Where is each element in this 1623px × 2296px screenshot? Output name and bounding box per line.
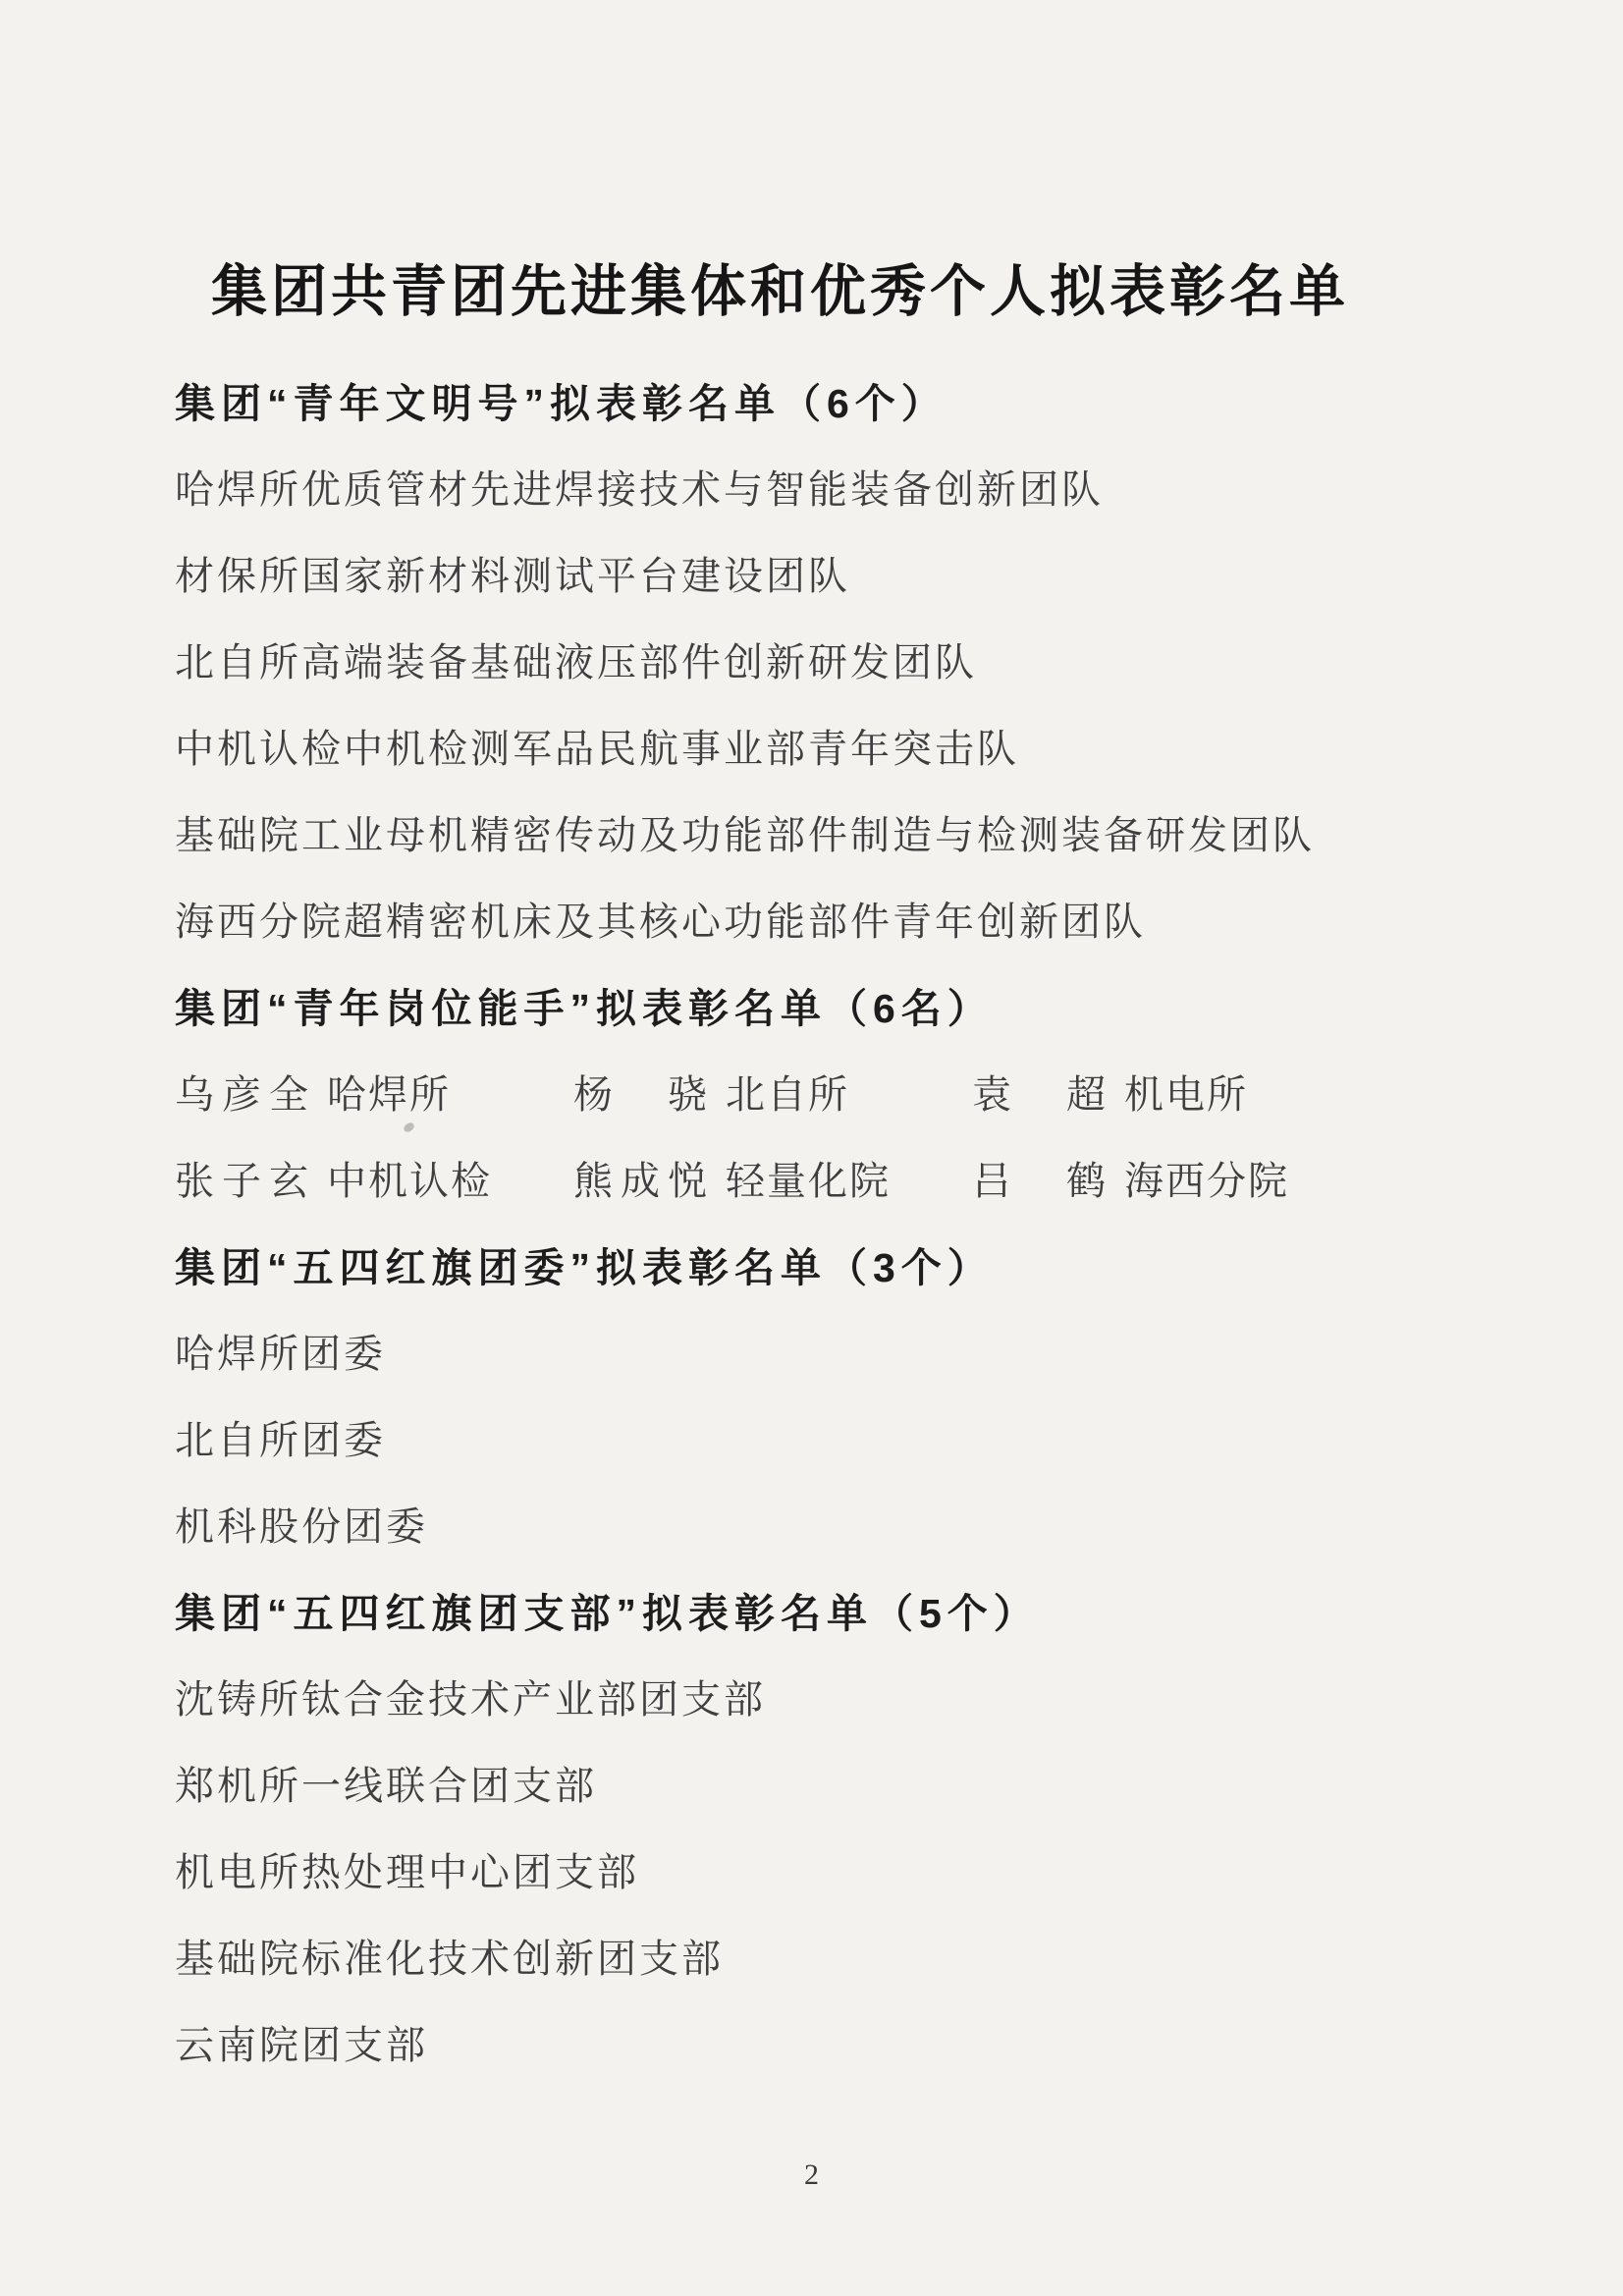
awardee: 张子玄 中机认检 [175,1159,573,1204]
awardee: 袁 超 机电所 [972,1072,1248,1118]
list-item: 中机认检中机检测军品民航事业部青年突击队 [175,727,1594,772]
list-item: 北自所团委 [175,1418,1594,1463]
awardee-org: 北自所 [726,1072,849,1118]
awardee-org: 轻量化院 [726,1159,891,1204]
awardee: 熊成悦 轻量化院 [573,1159,972,1204]
list-item: 哈焊所团委 [175,1332,1594,1377]
section-heading-red-flag-branch: 集团“五四红旗团支部”拟表彰名单（5个） [175,1591,1594,1636]
awardee-org: 海西分院 [1124,1159,1289,1204]
page-number: 2 [0,2159,1623,2192]
awardee-org: 中机认检 [327,1159,492,1204]
list-item: 北自所高端装备基础液压部件创新研发团队 [175,640,1594,685]
list-item: 海西分院超精密机床及其核心功能部件青年创新团队 [175,900,1594,945]
list-item: 机电所热处理中心团支部 [175,1850,1594,1895]
awardee-name: 熊成悦 [573,1159,726,1204]
list-item: 哈焊所优质管材先进焊接技术与智能装备创新团队 [175,467,1594,513]
awardee: 吕 鹤 海西分院 [972,1159,1289,1204]
section-heading-red-flag-committee: 集团“五四红旗团委”拟表彰名单（3个） [175,1245,1594,1290]
awardee-name: 乌彦全 [175,1072,327,1118]
list-item: 基础院工业母机精密传动及功能部件制造与检测装备研发团队 [175,813,1594,858]
awardee-org: 哈焊所 [327,1072,451,1118]
awardee-name: 杨 骁 [573,1072,726,1118]
list-item: 机科股份团委 [175,1504,1594,1550]
document-page: 集团共青团先进集体和优秀个人拟表彰名单 集团“青年文明号”拟表彰名单（6个） 哈… [0,0,1623,2109]
list-item: 材保所国家新材料测试平台建设团队 [175,554,1594,599]
awardee-org: 机电所 [1124,1072,1248,1118]
awardee-row: 乌彦全 哈焊所 杨 骁 北自所 袁 超 机电所 [175,1072,1594,1118]
awardee-name: 张子玄 [175,1159,327,1204]
list-item: 郑机所一线联合团支部 [175,1764,1594,1809]
awardee-name: 吕 鹤 [972,1159,1124,1204]
awardee: 杨 骁 北自所 [573,1072,972,1118]
awardee-name: 袁 超 [972,1072,1124,1118]
list-item: 云南院团支部 [175,2023,1594,2068]
awardee: 乌彦全 哈焊所 [175,1072,573,1118]
list-item: 基础院标准化技术创新团支部 [175,1937,1594,1982]
section-heading-youth-civilization: 集团“青年文明号”拟表彰名单（6个） [175,381,1594,426]
section-heading-post-experts: 集团“青年岗位能手”拟表彰名单（6名） [175,986,1594,1031]
awardee-row: 张子玄 中机认检 熊成悦 轻量化院 吕 鹤 海西分院 [175,1159,1594,1204]
document-title: 集团共青团先进集体和优秀个人拟表彰名单 [211,261,1594,324]
list-item: 沈铸所钛合金技术产业部团支部 [175,1677,1594,1722]
